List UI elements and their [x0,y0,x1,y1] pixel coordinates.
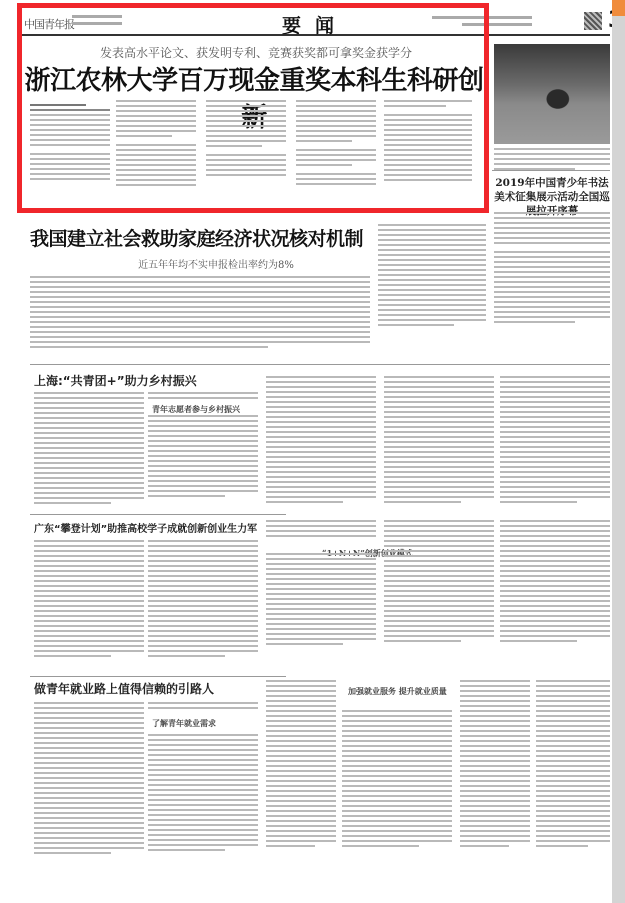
masthead-date-info [72,15,122,29]
story-body [34,702,144,857]
story-body [148,540,258,660]
divider [30,364,610,365]
news-photo [494,44,610,144]
story-body [500,520,610,645]
right-story-body [494,212,610,326]
story-body [266,520,376,648]
story-body [148,702,258,854]
story-body [148,392,258,500]
masthead-editor-info [432,16,532,30]
story-headline[interactable]: 上海:“共青团+”助力乡村振兴 [34,372,197,389]
section-title: 要闻 [282,11,348,38]
story-body [266,680,336,850]
story-body [384,376,494,506]
lead-story-column-4 [296,100,376,188]
story-body [384,520,494,645]
divider [30,514,286,515]
story-body [34,540,144,660]
story-body [342,710,452,850]
second-story-body [30,276,370,351]
lead-story-column-5 [384,100,472,184]
divider [492,170,610,171]
story-body [266,376,376,506]
divider [30,676,286,677]
story-body [536,680,610,850]
story-body [34,392,144,507]
newspaper-page: 中国青年报 要闻 3 发表高水平论文、获发明专利、竞赛获奖都可拿奖金获学分 浙江… [6,0,610,880]
story-body [500,376,610,506]
lead-story-column-3 [206,100,286,179]
vertical-scrollbar[interactable] [612,0,625,903]
story-headline[interactable]: 做青年就业路上值得信赖的引路人 [34,680,214,697]
second-story-headline[interactable]: 我国建立社会救助家庭经济状况核对机制 [30,224,380,251]
lead-story-column-1 [30,104,110,183]
newspaper-logo: 中国青年报 [24,16,74,32]
second-story-subhead: 近五年年均不实申报检出率约为8% [86,256,346,271]
lead-story-kicker: 发表高水平论文、获发明专利、竞赛获奖都可拿奖金获学分 [36,44,476,61]
story-subhead: 加强就业服务 提升就业质量 [348,686,447,697]
qr-code-icon [584,12,602,30]
lead-story-column-2 [116,100,196,189]
second-story-side-column [378,224,486,329]
story-body [460,680,530,850]
masthead: 中国青年报 要闻 3 [20,10,610,36]
scrollbar-thumb[interactable] [612,0,625,16]
story-headline[interactable]: 广东“攀登计划”助推高校学子成就创新创业生力军 [34,520,257,535]
